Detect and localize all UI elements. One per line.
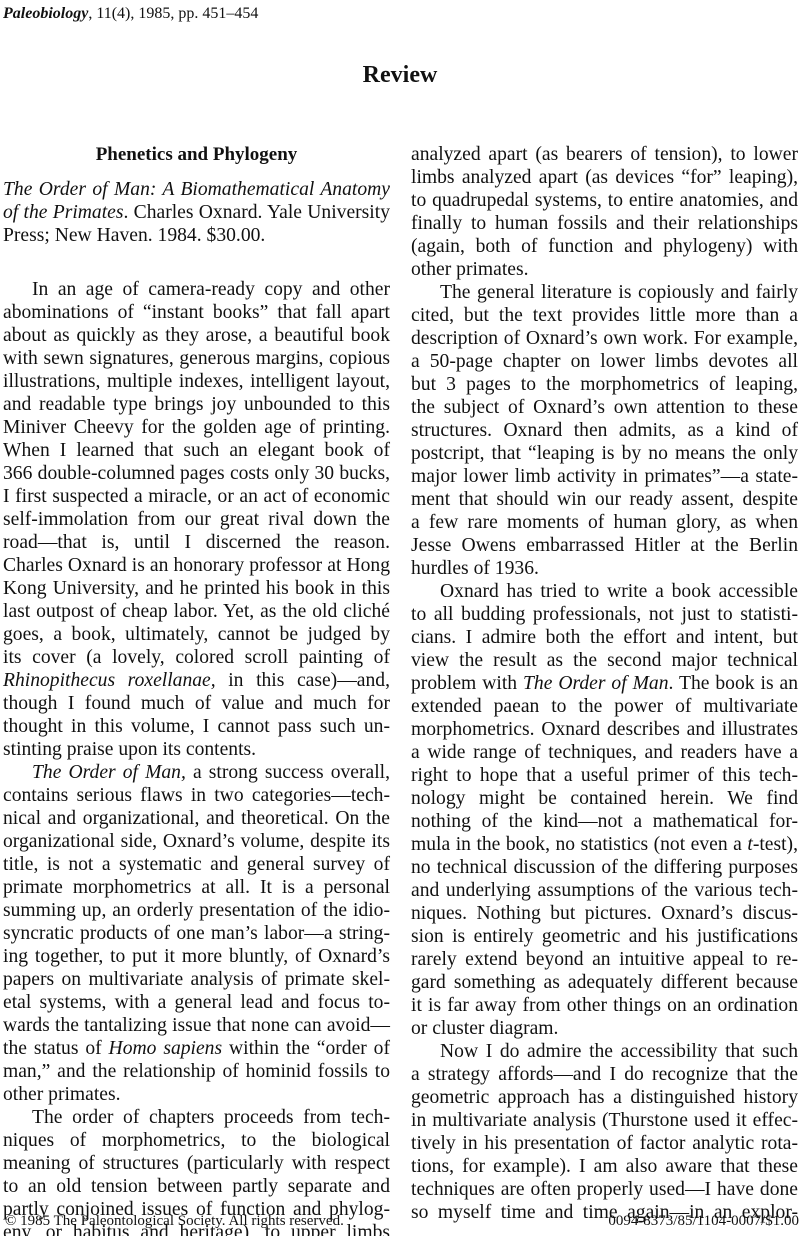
text-line: to an old tension between partly separat…: [3, 1175, 390, 1198]
text-line: cited, but the text provides little more…: [411, 304, 798, 327]
text-line: but 3 pages to the morphometrics of leap…: [411, 373, 798, 396]
text-segment: goes, a book, ultimately, cannot be judg…: [3, 624, 390, 645]
running-head: Paleobiology, 11(4), 1985, pp. 451–454: [3, 4, 258, 24]
text-line: Miniver Cheevy for the golden age of pri…: [3, 416, 390, 439]
text-line: to all budding professionals, not just t…: [411, 603, 798, 626]
text-segment: geometric approach has a distinguished h…: [411, 1087, 798, 1108]
text-segment: description of Oxnard’s own work. For ex…: [411, 328, 798, 349]
text-segment: ment that should win our ready assent, d…: [411, 489, 798, 510]
text-segment: it is far away from other things on an o…: [411, 995, 798, 1016]
text-line: Rhinopithecus roxellanae, in this case)—…: [3, 669, 390, 692]
text-line: finally to human fossils and their relat…: [411, 212, 798, 235]
text-line: tions, for example). I am also aware tha…: [411, 1155, 798, 1178]
text-line: self-immolation from our great rival dow…: [3, 508, 390, 531]
text-segment: tively in his presentation of factor ana…: [411, 1133, 798, 1154]
text-segment: tions, for example). I am also aware tha…: [411, 1156, 798, 1177]
text-segment: self-immolation from our great rival dow…: [3, 509, 390, 530]
text-segment: Jesse Owens embarrassed Hitler at the Be…: [411, 535, 798, 556]
text-line: The order of chapters proceeds from tech…: [3, 1106, 390, 1129]
text-segment: finally to human fossils and their relat…: [411, 213, 798, 234]
text-line: man,” and the relationship of hominid fo…: [3, 1060, 390, 1083]
text-segment: In an age of camera-ready copy and other: [32, 279, 390, 300]
text-segment: wards the tantalizing issue that none ca…: [3, 1015, 390, 1036]
text-line: I first suspected a miracle, or an act o…: [3, 485, 390, 508]
text-segment: mula in the book, no statistics (not eve…: [411, 834, 747, 855]
text-segment: a strategy affords—and I do recognize th…: [411, 1064, 798, 1085]
text-line: title, is not a systematic and general s…: [3, 853, 390, 876]
text-segment: primate morphometrics at all. It is a pe…: [3, 877, 390, 898]
text-line: a wide range of techniques, and readers …: [411, 741, 798, 764]
text-segment: cians. I admire both the effort and inte…: [411, 627, 798, 648]
text-segment: last outpost of cheap labor. Yet, as the…: [3, 601, 390, 622]
text-segment: organizational side, Oxnard’s volume, de…: [3, 831, 390, 852]
text-line: extended paean to the power of multivari…: [411, 695, 798, 718]
text-line: 366 double-columned pages costs only 30 …: [3, 462, 390, 485]
text-line: hurdles of 1936.: [411, 557, 798, 580]
text-segment: within the “order of: [222, 1038, 390, 1059]
text-segment: cited, but the text provides little more…: [411, 305, 798, 326]
text-line: postcript, that “leaping is by no means …: [411, 442, 798, 465]
text-segment: to all budding professionals, not just t…: [411, 604, 798, 625]
text-line: In an age of camera-ready copy and other: [3, 278, 390, 301]
italic-text: The Order of Man,: [32, 762, 186, 783]
text-line: problem with The Order of Man. The book …: [411, 672, 798, 695]
text-segment: morphometrics. Oxnard describes and illu…: [411, 719, 798, 740]
text-line: a strategy affords—and I do recognize th…: [411, 1063, 798, 1086]
text-line: wards the tantalizing issue that none ca…: [3, 1014, 390, 1037]
text-line: analyzed apart (as bearers of tension), …: [411, 143, 798, 166]
journal-name: Paleobiology: [3, 5, 88, 22]
text-segment: Oxnard has tried to write a book accessi…: [440, 581, 798, 602]
italic-text: Homo sapiens: [109, 1038, 223, 1059]
text-line: right to hope that a useful primer of th…: [411, 764, 798, 787]
text-segment: other primates.: [3, 1084, 121, 1105]
text-line: in multivariate analysis (Thurstone used…: [411, 1109, 798, 1132]
text-line: though I found much of value and much fo…: [3, 692, 390, 715]
text-line: contains serious flaws in two categories…: [3, 784, 390, 807]
text-segment: limbs analyzed apart (as devices “for” l…: [411, 167, 798, 188]
text-segment: nology might be contained herein. We fin…: [411, 788, 798, 809]
text-line: Jesse Owens embarrassed Hitler at the Be…: [411, 534, 798, 557]
text-line: its cover (a lovely, colored scroll pain…: [3, 646, 390, 669]
text-segment: right to hope that a useful primer of th…: [411, 765, 798, 786]
article-code: 0094-8373/85/1104-0007/$1.00: [608, 1212, 799, 1230]
text-segment: gard something as adequately different b…: [411, 972, 798, 993]
text-segment: Miniver Cheevy for the golden age of pri…: [3, 417, 390, 438]
text-line: abominations of “instant books” that fal…: [3, 301, 390, 324]
text-segment: etal systems, with a general lead and fo…: [3, 992, 390, 1013]
text-segment: problem with: [411, 673, 523, 694]
text-line: Charles Oxnard is an honorary professor …: [3, 554, 390, 577]
text-line: When I learned that such an elegant book…: [3, 439, 390, 462]
text-segment: ing together, to put it more bluntly, of…: [3, 946, 390, 967]
text-segment: thought in this volume, I cannot pass su…: [3, 716, 390, 737]
text-segment: view the result as the second major tech…: [411, 650, 798, 671]
citation: , 11(4), 1985, pp. 451–454: [88, 5, 258, 22]
text-segment: The general literature is copiously and …: [440, 282, 798, 303]
text-segment: rarely extend beyond an intuitive appeal…: [411, 949, 798, 970]
text-segment: to quadrupedal systems, to entire anatom…: [411, 190, 798, 211]
text-line: no technical discussion of the differing…: [411, 856, 798, 879]
text-segment: the status of: [3, 1038, 109, 1059]
text-line: rarely extend beyond an intuitive appeal…: [411, 948, 798, 971]
text-segment: analyzed apart (as bearers of tension), …: [411, 144, 798, 165]
text-segment: in this case)—and,: [216, 670, 390, 691]
text-segment: Kong University, and he printed his book…: [3, 578, 390, 599]
text-line: cians. I admire both the effort and inte…: [411, 626, 798, 649]
text-line: goes, a book, ultimately, cannot be judg…: [3, 623, 390, 646]
text-segment: The order of chapters proceeds from tech…: [32, 1107, 390, 1128]
text-segment: abominations of “instant books” that fal…: [3, 302, 390, 323]
text-line: Oxnard has tried to write a book accessi…: [411, 580, 798, 603]
text-segment: a 50-page chapter on lower limbs devotes…: [411, 351, 798, 372]
text-segment: niques. Nothing but pictures. Oxnard’s d…: [411, 903, 798, 924]
text-segment: man,” and the relationship of hominid fo…: [3, 1061, 390, 1082]
text-segment: the subject of Oxnard’s own attention to…: [411, 397, 798, 418]
text-line: summing up, an orderly presentation of t…: [3, 899, 390, 922]
book-title-italic: of the Primates: [3, 202, 123, 223]
text-segment: techniques are often properly used—I hav…: [411, 1179, 798, 1200]
text-segment: hurdles of 1936.: [411, 558, 539, 579]
text-segment: Now I do admire the accessibility that s…: [440, 1041, 798, 1062]
text-segment: nothing of the kind—not a mathematical f…: [411, 811, 798, 832]
text-line: nology might be contained herein. We fin…: [411, 787, 798, 810]
text-segment: title, is not a systematic and general s…: [3, 854, 390, 875]
text-segment: nical and organizational, and theoretica…: [3, 808, 390, 829]
text-line: last outpost of cheap labor. Yet, as the…: [3, 600, 390, 623]
text-segment: a wide range of techniques, and readers …: [411, 742, 798, 763]
text-line: about as quickly as they arose, a beauti…: [3, 324, 390, 347]
text-segment: in multivariate analysis (Thurstone used…: [411, 1110, 798, 1131]
text-segment: contains serious flaws in two categories…: [3, 785, 390, 806]
text-segment: 366 double-columned pages costs only 30 …: [3, 463, 390, 484]
text-line: ment that should win our ready assent, d…: [411, 488, 798, 511]
text-line: road—that is, until I discerned the reas…: [3, 531, 390, 554]
text-segment: illustrations, multiple indexes, intelli…: [3, 371, 390, 392]
text-segment: and underlying assumptions of the variou…: [411, 880, 798, 901]
text-line: it is far away from other things on an o…: [411, 994, 798, 1017]
text-line: Kong University, and he printed his book…: [3, 577, 390, 600]
text-line: illustrations, multiple indexes, intelli…: [3, 370, 390, 393]
italic-text: Rhinopithecus roxellanae,: [3, 670, 216, 691]
text-line: organizational side, Oxnard’s volume, de…: [3, 830, 390, 853]
text-segment: I first suspected a miracle, or an act o…: [3, 486, 390, 507]
text-segment: no technical discussion of the differing…: [411, 857, 798, 878]
text-segment: major lower limb activity in primates”—a…: [411, 466, 798, 487]
text-segment: stinting praise upon its contents.: [3, 739, 256, 760]
text-segment: but 3 pages to the morphometrics of leap…: [411, 374, 798, 395]
text-segment: about as quickly as they arose, a beauti…: [3, 325, 390, 346]
text-segment: extended paean to the power of multivari…: [411, 696, 798, 717]
text-segment: Charles Oxnard is an honorary professor …: [3, 555, 390, 576]
text-segment: . The book is an: [669, 673, 798, 694]
text-line: a 50-page chapter on lower limbs devotes…: [411, 350, 798, 373]
text-line: stinting praise upon its contents.: [3, 738, 390, 761]
book-reference-line: Press; New Haven. 1984. $30.00.: [3, 224, 390, 247]
text-line: morphometrics. Oxnard describes and illu…: [411, 718, 798, 741]
text-segment: though I found much of value and much fo…: [3, 693, 390, 714]
text-line: other primates.: [3, 1083, 390, 1106]
text-line: description of Oxnard’s own work. For ex…: [411, 327, 798, 350]
text-line: and underlying assumptions of the variou…: [411, 879, 798, 902]
text-line: The Order of Man, a strong success overa…: [3, 761, 390, 784]
text-line: techniques are often properly used—I hav…: [411, 1178, 798, 1201]
text-segment: and readable type brings joy unbounded t…: [3, 394, 390, 415]
text-line: meaning of structures (particularly with…: [3, 1152, 390, 1175]
text-line: thought in this volume, I cannot pass su…: [3, 715, 390, 738]
text-line: geometric approach has a distinguished h…: [411, 1086, 798, 1109]
book-reference-line: of the Primates. Charles Oxnard. Yale Un…: [3, 201, 390, 224]
text-line: nothing of the kind—not a mathematical f…: [411, 810, 798, 833]
text-line: gard something as adequately different b…: [411, 971, 798, 994]
text-segment: -test),: [753, 834, 798, 855]
text-segment: structures. Oxnard then admits, as a kin…: [411, 420, 798, 441]
text-line: etal systems, with a general lead and fo…: [3, 991, 390, 1014]
text-segment: sion is entirely geometric and his justi…: [411, 926, 798, 947]
text-line: The general literature is copiously and …: [411, 281, 798, 304]
text-line: view the result as the second major tech…: [411, 649, 798, 672]
italic-text: The Order of Man: [523, 673, 669, 694]
text-segment: (again, both of function and phylogeny) …: [411, 236, 798, 257]
text-line: Now I do admire the accessibility that s…: [411, 1040, 798, 1063]
text-line: niques. Nothing but pictures. Oxnard’s d…: [411, 902, 798, 925]
text-line: or cluster diagram.: [411, 1017, 798, 1040]
book-reference-line: The Order of Man: A Biomathematical Anat…: [3, 178, 390, 201]
text-line: the subject of Oxnard’s own attention to…: [411, 396, 798, 419]
text-line: syncratic products of one man’s labor—a …: [3, 922, 390, 945]
text-segment: postcript, that “leaping is by no means …: [411, 443, 798, 464]
text-segment: other primates.: [411, 259, 529, 280]
text-line: tively in his presentation of factor ana…: [411, 1132, 798, 1155]
text-segment: When I learned that such an elegant book…: [3, 440, 390, 461]
text-line: sion is entirely geometric and his justi…: [411, 925, 798, 948]
text-line: (again, both of function and phylogeny) …: [411, 235, 798, 258]
text-line: to quadrupedal systems, to entire anatom…: [411, 189, 798, 212]
book-reference-text: Press; New Haven. 1984. $30.00.: [3, 225, 265, 246]
text-segment: to an old tension between partly separat…: [3, 1176, 390, 1197]
copyright-notice: © 1985 The Paleontological Society. All …: [5, 1212, 344, 1230]
text-line: the status of Homo sapiens within the “o…: [3, 1037, 390, 1060]
text-segment: niques of morphometrics, to the biologic…: [3, 1130, 390, 1151]
text-line: ing together, to put it more bluntly, of…: [3, 945, 390, 968]
text-segment: a strong success overall,: [186, 762, 390, 783]
text-line: papers on multivariate analysis of prima…: [3, 968, 390, 991]
book-title-italic: The Order of Man: A Biomathematical Anat…: [3, 179, 390, 200]
text-line: and readable type brings joy unbounded t…: [3, 393, 390, 416]
text-line: primate morphometrics at all. It is a pe…: [3, 876, 390, 899]
text-line: nical and organizational, and theoretica…: [3, 807, 390, 830]
text-segment: syncratic products of one man’s labor—a …: [3, 923, 390, 944]
book-reference-text: . Charles Oxnard. Yale University: [123, 202, 390, 223]
text-segment: with sewn signatures, generous margins, …: [3, 348, 390, 369]
section-title: Review: [0, 60, 800, 90]
text-line: a few rare moments of human glory, as wh…: [411, 511, 798, 534]
text-line: with sewn signatures, generous margins, …: [3, 347, 390, 370]
text-segment: meaning of structures (particularly with…: [3, 1153, 390, 1174]
text-line: niques of morphometrics, to the biologic…: [3, 1129, 390, 1152]
text-segment: or cluster diagram.: [411, 1018, 558, 1039]
text-line: limbs analyzed apart (as devices “for” l…: [411, 166, 798, 189]
text-line: other primates.: [411, 258, 798, 281]
article-title: Phenetics and Phylogeny: [3, 143, 390, 167]
text-line: major lower limb activity in primates”—a…: [411, 465, 798, 488]
text-segment: a few rare moments of human glory, as wh…: [411, 512, 798, 533]
text-segment: summing up, an orderly presentation of t…: [3, 900, 390, 921]
text-line: mula in the book, no statistics (not eve…: [411, 833, 798, 856]
text-segment: its cover (a lovely, colored scroll pain…: [3, 647, 390, 668]
text-line: structures. Oxnard then admits, as a kin…: [411, 419, 798, 442]
text-segment: papers on multivariate analysis of prima…: [3, 969, 390, 990]
text-segment: road—that is, until I discerned the reas…: [3, 532, 390, 553]
